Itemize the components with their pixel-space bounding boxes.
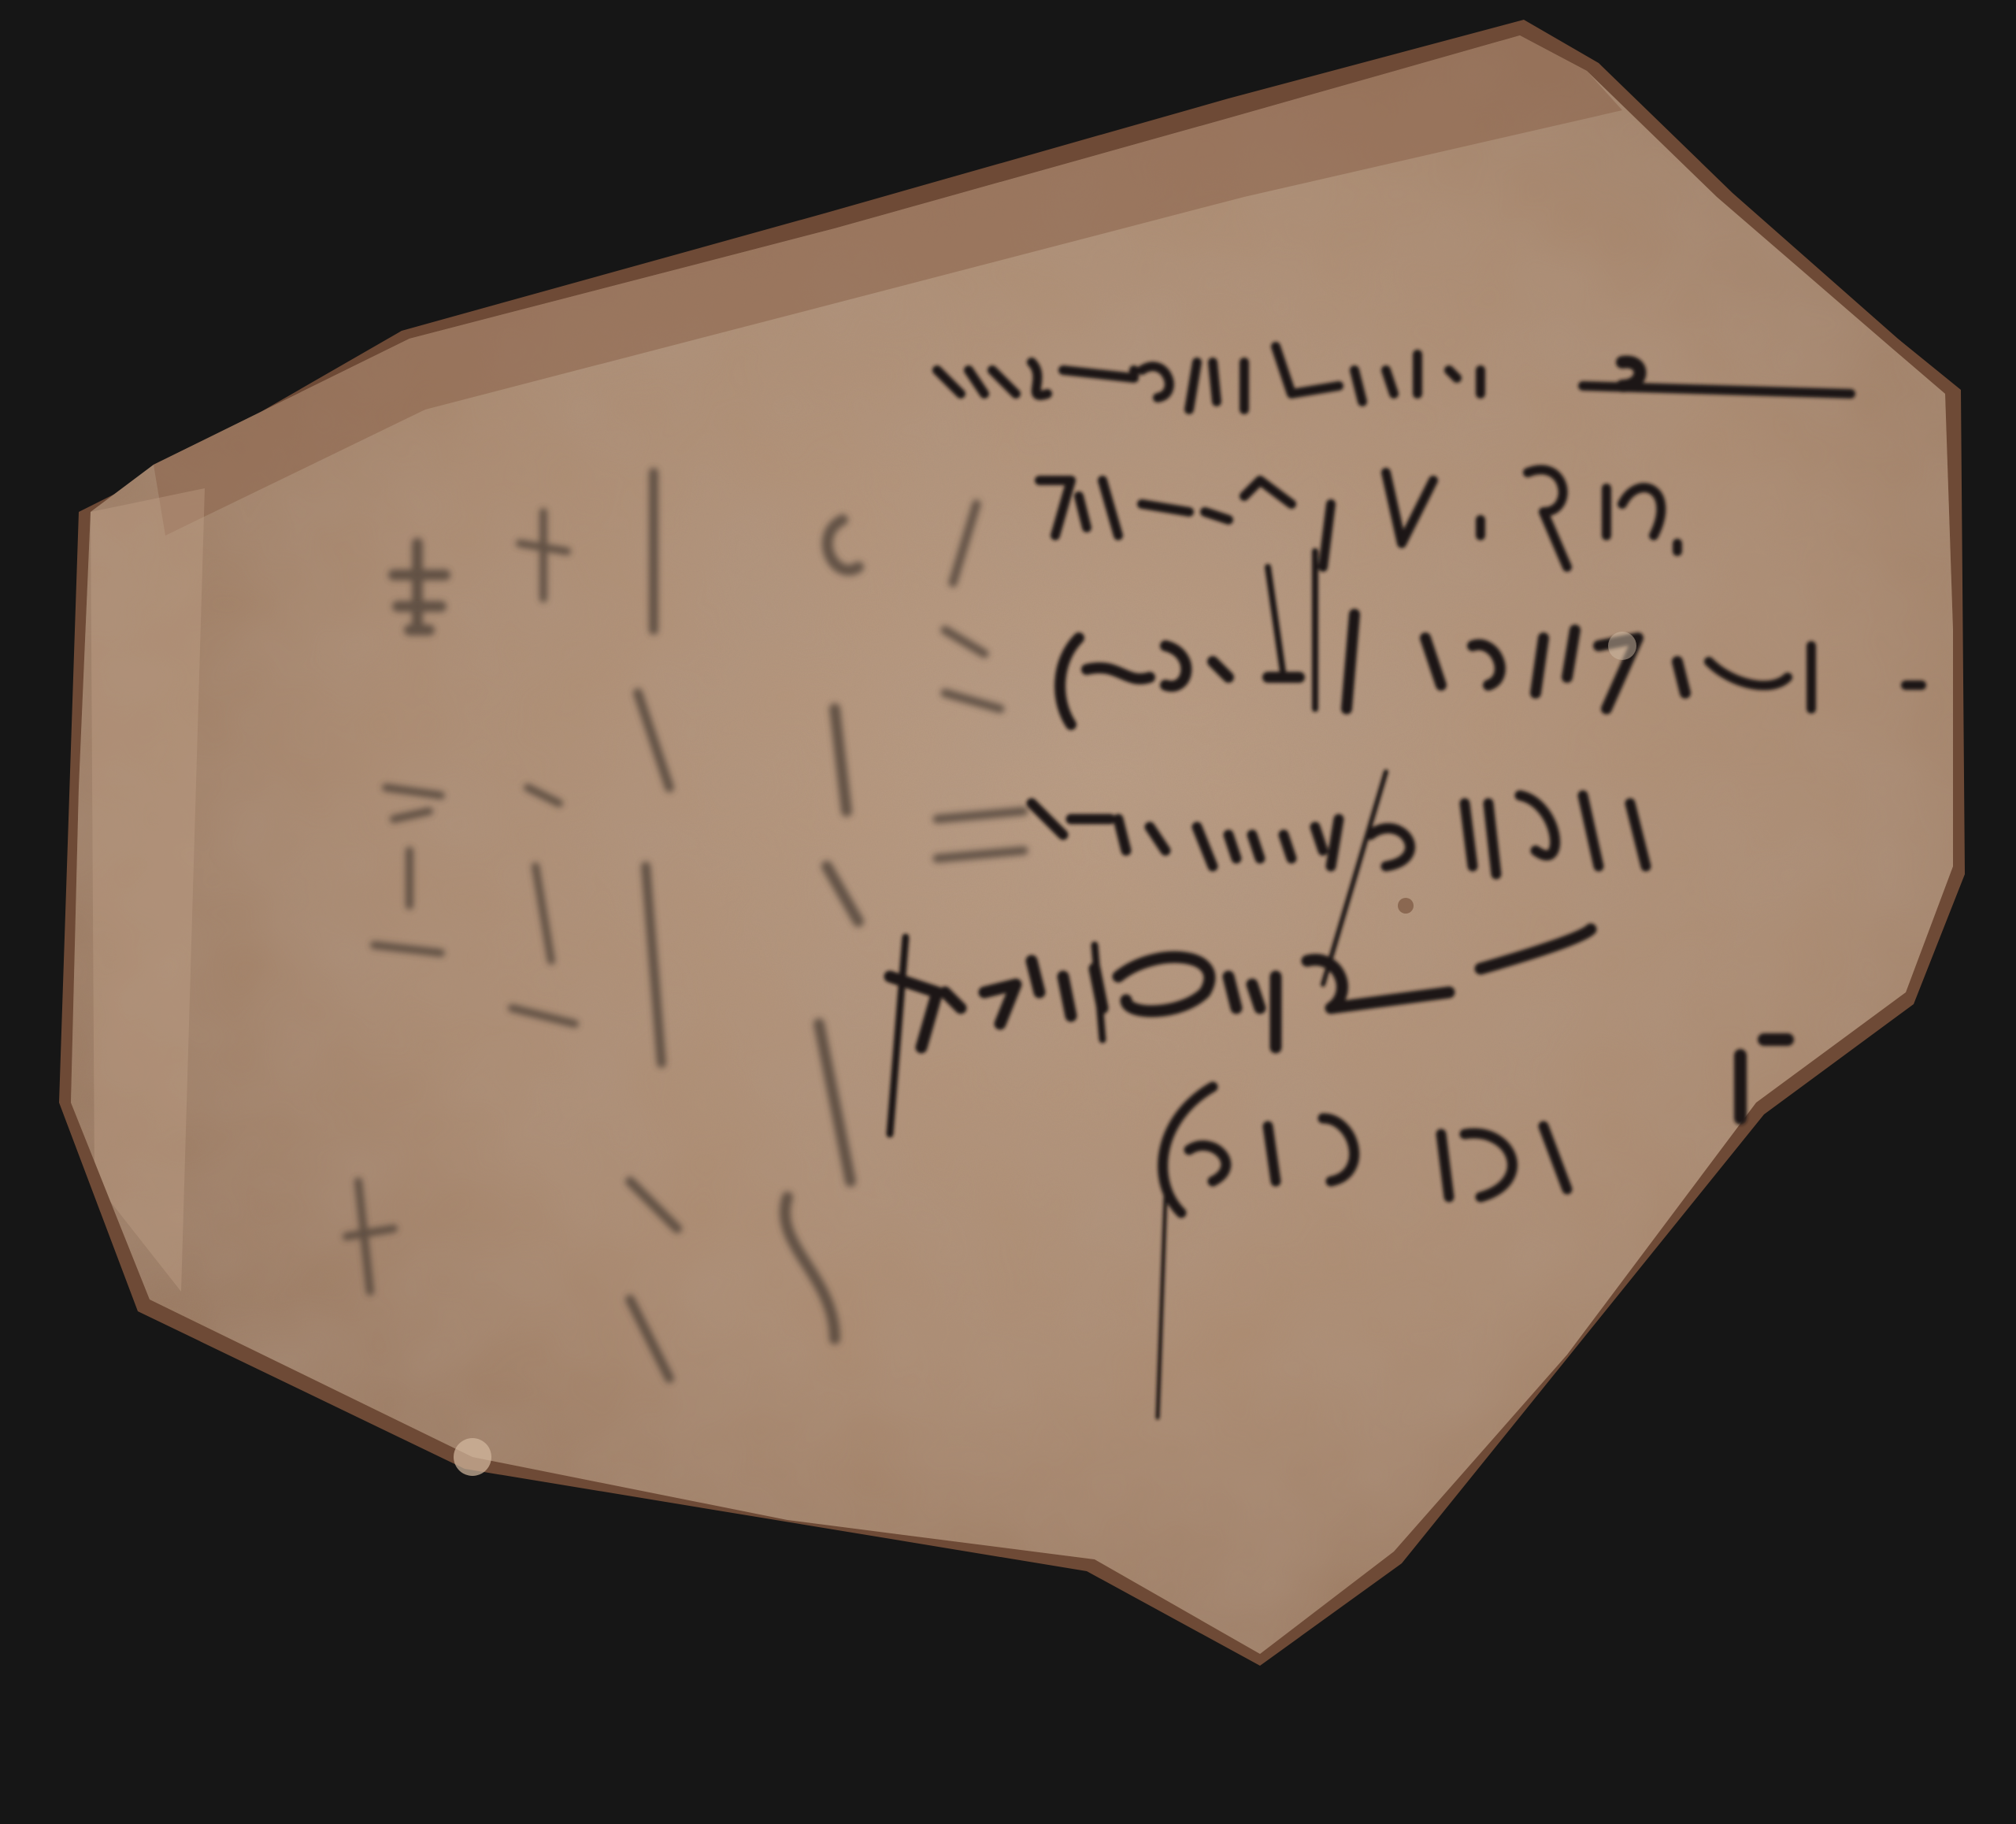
photo-stage [0, 0, 2016, 1824]
ostracon-photo [0, 0, 2016, 1824]
